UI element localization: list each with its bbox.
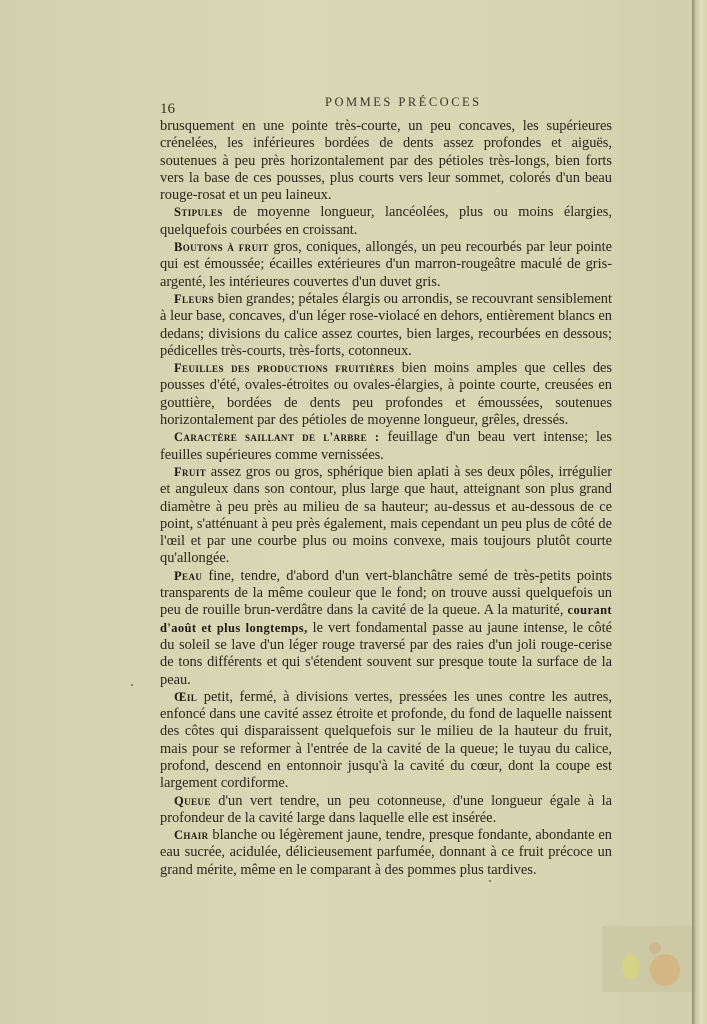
paper-speck <box>489 880 491 882</box>
paragraph-lead: Œil <box>174 690 197 704</box>
paragraph-chair: Chair blanche ou légèrement jaune, tendr… <box>160 827 612 879</box>
page-number: 16 <box>160 101 175 118</box>
paragraph-lead: Feuilles des productions fruitières <box>174 361 394 375</box>
paragraph-lead: Boutons à fruit <box>174 240 269 254</box>
page-edge <box>692 0 707 1024</box>
paragraph-lead: Fleurs <box>174 292 214 306</box>
paper-speck <box>131 684 133 686</box>
paragraph-caractere: Caractère saillant de l'arbre : feuillag… <box>160 429 612 464</box>
body-text: brusquement en une pointe très-courte, u… <box>160 118 612 879</box>
paragraph-peau: Peau fine, tendre, d'abord d'un vert-bla… <box>160 568 612 689</box>
paragraph-continuation: brusquement en une pointe très-courte, u… <box>160 118 612 204</box>
paragraph-lead: Stipules <box>174 205 223 219</box>
running-title: POMMES PRÉCOCES <box>325 95 482 110</box>
green-apple-icon <box>622 954 640 980</box>
paragraph-feuilles: Feuilles des productions fruitières bien… <box>160 360 612 429</box>
paragraph-stipules: Stipules de moyenne longueur, lancéolées… <box>160 204 612 239</box>
paragraph-lead: Queue <box>174 794 211 808</box>
paragraph-boutons: Boutons à fruit gros, coniques, allongés… <box>160 239 612 291</box>
paragraph-oeil: Œil petit, fermé, à divisions vertes, pr… <box>160 689 612 793</box>
paragraph-lead: Caractère saillant de l'arbre : <box>174 430 380 444</box>
paragraph-queue: Queue d'un vert tendre, un peu cotonneus… <box>160 793 612 828</box>
paragraph-fruit: Fruit assez gros ou gros, sphérique bien… <box>160 464 612 568</box>
paragraph-fleurs: Fleurs bien grandes; pétales élargis ou … <box>160 291 612 360</box>
red-apple-icon <box>650 954 680 986</box>
page-header: 16 POMMES PRÉCOCES <box>160 95 620 115</box>
apple-stem-icon <box>649 942 661 954</box>
apple-illustration-thumbnail <box>602 926 692 992</box>
paragraph-lead: Peau <box>174 569 202 583</box>
paragraph-lead: Chair <box>174 828 209 842</box>
paragraph-lead: Fruit <box>174 465 206 479</box>
